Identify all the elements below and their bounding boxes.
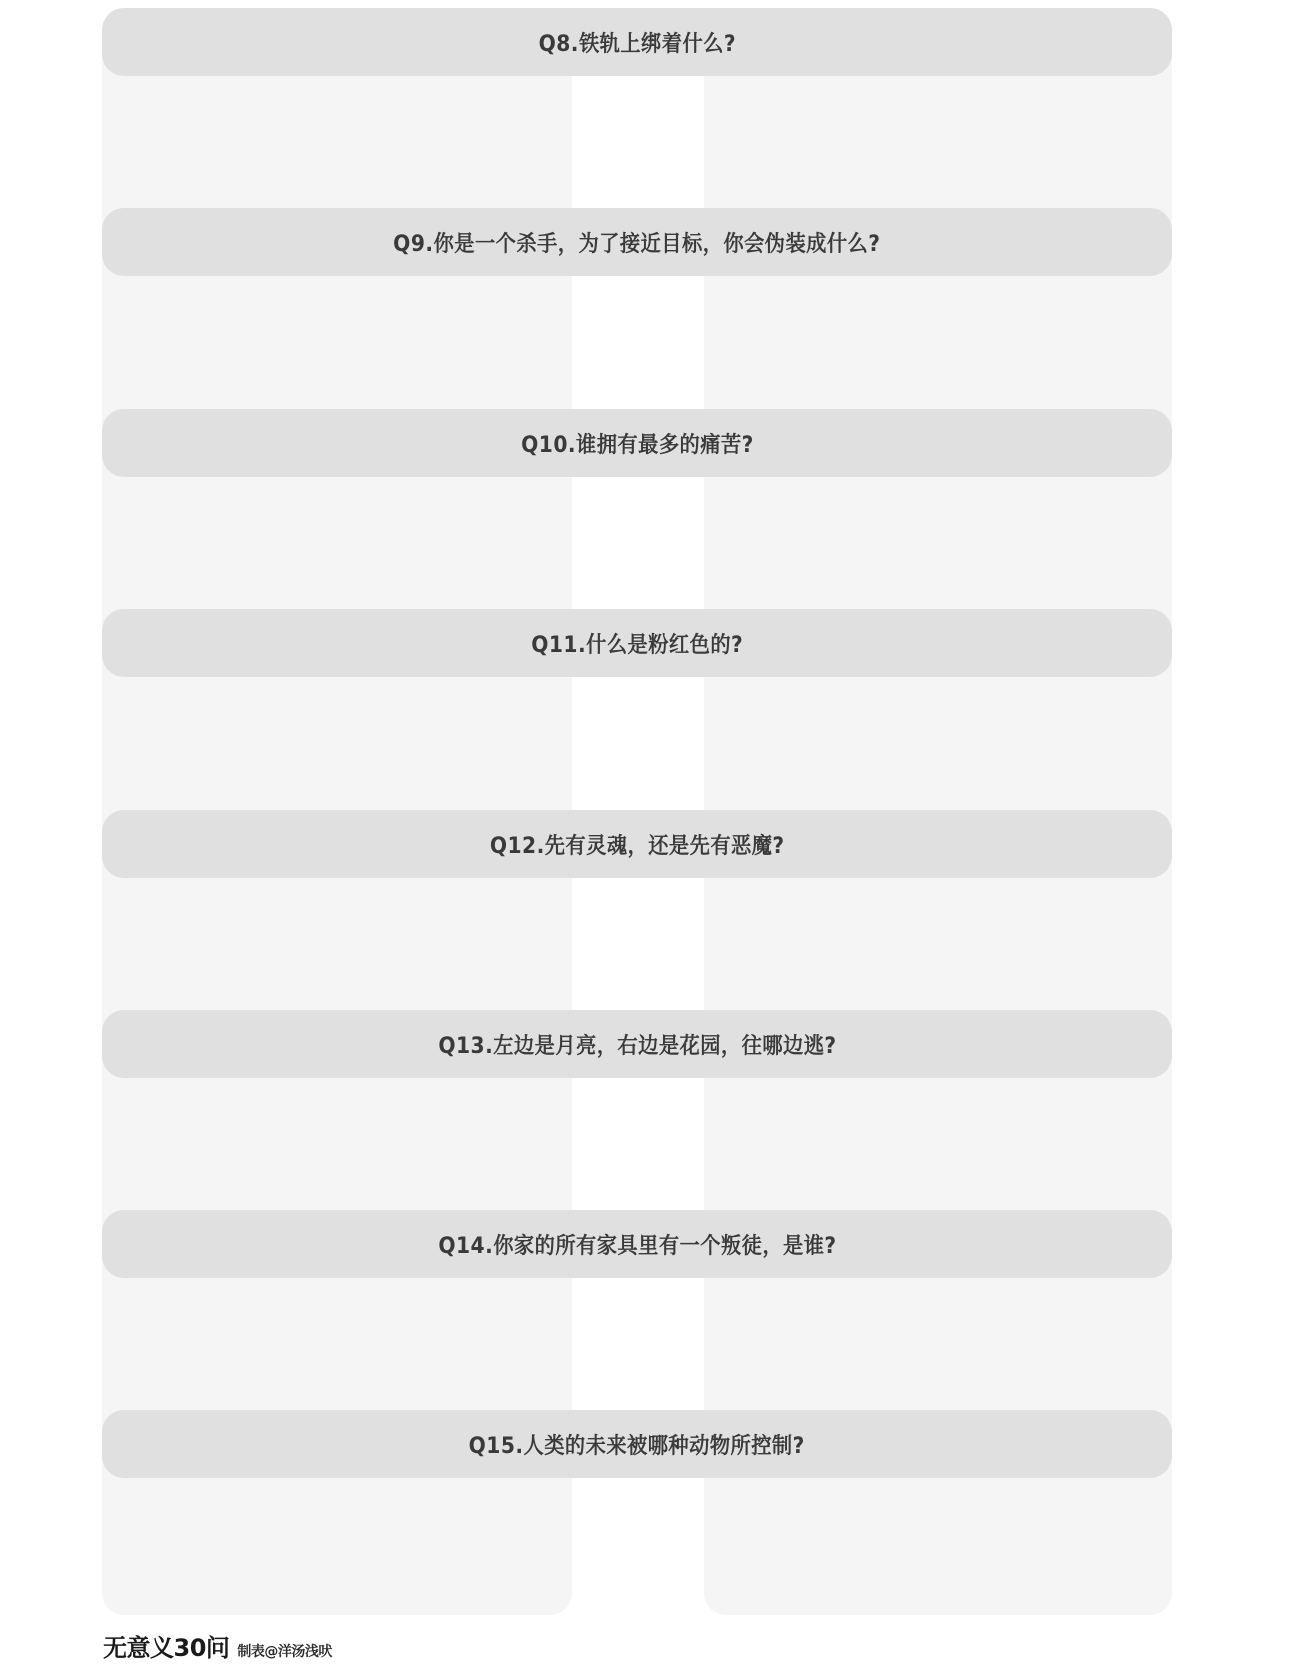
answer-box-q9-right[interactable] — [704, 276, 1172, 409]
question-bar-q13: Q13.左边是月亮，右边是花园，往哪边逃? — [102, 1010, 1172, 1078]
footer: 无意义30问 制表@洋汤浅吠 — [103, 1628, 332, 1663]
footer-title: 无意义30问 — [103, 1628, 229, 1663]
question-bar-q15: Q15.人类的未来被哪种动物所控制? — [102, 1410, 1172, 1478]
answer-box-q10-right[interactable] — [704, 477, 1172, 610]
question-text: Q13.左边是月亮，右边是花园，往哪边逃? — [438, 1029, 836, 1060]
answer-box-q14-left[interactable] — [102, 1278, 572, 1411]
question-bar-q14: Q14.你家的所有家具里有一个叛徒，是谁? — [102, 1210, 1172, 1278]
question-bar-q11: Q11.什么是粉红色的? — [102, 609, 1172, 677]
answer-box-q11-right[interactable] — [704, 677, 1172, 810]
answer-box-q13-right[interactable] — [704, 1078, 1172, 1211]
answer-box-q15-right[interactable] — [704, 1478, 1172, 1615]
answer-box-q13-left[interactable] — [102, 1078, 572, 1211]
answer-box-q8-right[interactable] — [704, 75, 1172, 208]
answer-box-q14-right[interactable] — [704, 1278, 1172, 1411]
question-text: Q11.什么是粉红色的? — [531, 628, 743, 659]
question-bar-q12: Q12.先有灵魂，还是先有恶魔? — [102, 810, 1172, 878]
answer-box-q8-left[interactable] — [102, 75, 572, 208]
answer-box-q11-left[interactable] — [102, 677, 572, 810]
question-text: Q8.铁轨上绑着什么? — [538, 27, 735, 58]
question-text: Q14.你家的所有家具里有一个叛徒，是谁? — [438, 1229, 836, 1260]
answer-box-q15-left[interactable] — [102, 1478, 572, 1615]
question-bar-q8: Q8.铁轨上绑着什么? — [102, 8, 1172, 76]
question-text: Q9.你是一个杀手，为了接近目标，你会伪装成什么? — [393, 227, 880, 258]
answer-box-q12-right[interactable] — [704, 878, 1172, 1011]
footer-credit: 制表@洋汤浅吠 — [237, 1641, 332, 1661]
question-text: Q15.人类的未来被哪种动物所控制? — [469, 1429, 805, 1460]
questionnaire-sheet: Q8.铁轨上绑着什么? Q9.你是一个杀手，为了接近目标，你会伪装成什么? Q1… — [102, 0, 1172, 1615]
answer-box-q12-left[interactable] — [102, 878, 572, 1011]
answer-box-q10-left[interactable] — [102, 477, 572, 610]
question-text: Q10.谁拥有最多的痛苦? — [521, 428, 754, 459]
question-text: Q12.先有灵魂，还是先有恶魔? — [490, 829, 785, 860]
answer-box-q9-left[interactable] — [102, 276, 572, 409]
question-bar-q10: Q10.谁拥有最多的痛苦? — [102, 409, 1172, 477]
question-bar-q9: Q9.你是一个杀手，为了接近目标，你会伪装成什么? — [102, 208, 1172, 276]
